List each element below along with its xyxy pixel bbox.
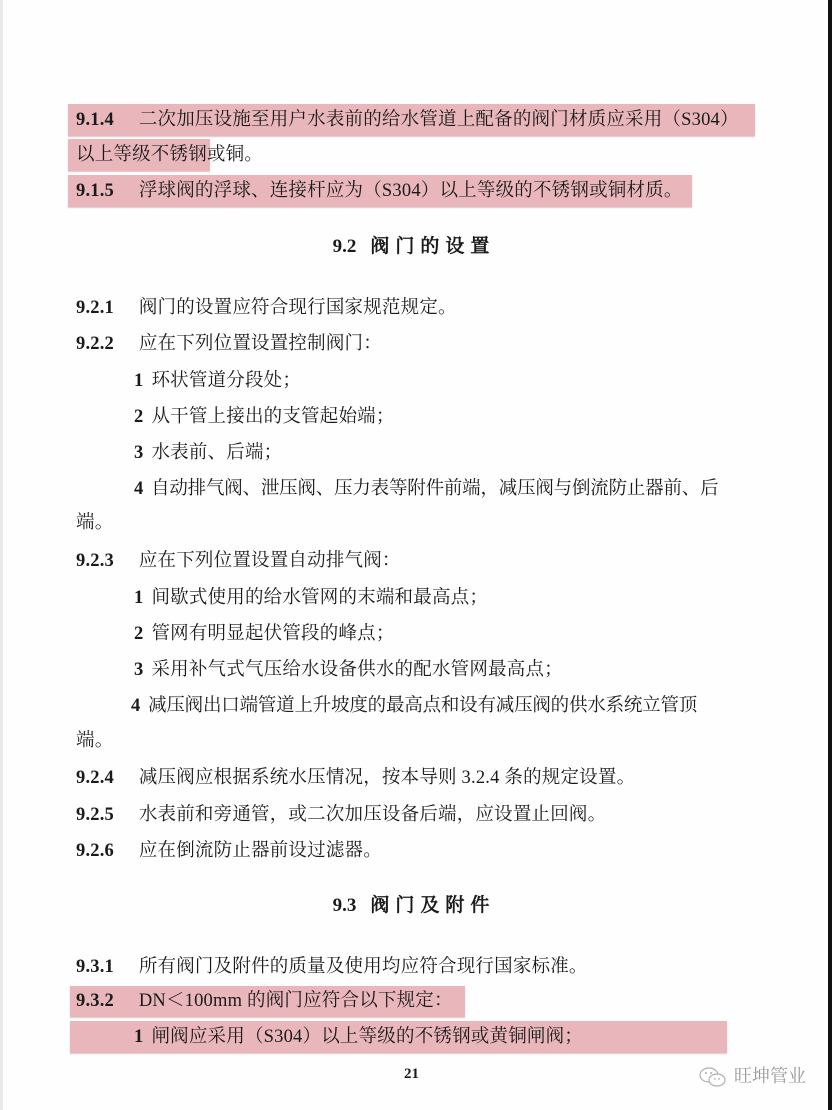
heading-title: 阀门的设置 <box>370 235 495 257</box>
clause-number: 9.2.3 <box>76 545 134 577</box>
clause-text: 浮球阀的浮球、连接杆应为（S304）以上等级的不锈钢或铜材质。 <box>139 181 683 201</box>
item-text-continuation: 端。 <box>76 731 113 751</box>
page-right-edge <box>828 0 832 1110</box>
item-number: 2 <box>134 401 143 433</box>
watermark: 旺坤管业 <box>698 1063 806 1091</box>
item-text: 从干管上接出的支管起始端； <box>151 407 394 427</box>
item-text-continuation: 端。 <box>76 513 113 533</box>
item-number: 1 <box>134 582 143 614</box>
item-number: 1 <box>134 1021 143 1053</box>
section-heading-9-3: 9.3阀门及附件 <box>0 890 828 920</box>
clause-9-2-6: 9.2.6 应在倒流防止器前设过滤器。 <box>76 835 382 867</box>
item-number: 1 <box>134 365 143 397</box>
list-item: 4自动排气阀、泄压阀、压力表等附件前端，减压阀与倒流防止器前、后 <box>134 473 718 505</box>
clause-9-2-1: 9.2.1 阀门的设置应符合现行国家规范规定。 <box>76 292 457 324</box>
clause-number: 9.3.2 <box>76 986 134 1017</box>
list-item: 2从干管上接出的支管起始端； <box>134 401 395 433</box>
clause-number: 9.2.6 <box>76 835 134 867</box>
clause-9-3-2: 9.3.2 DN＜100mm 的阀门应符合以下规定： <box>70 986 465 1017</box>
clause-9-1-4: 9.1.4 二次加压设施至用户水表前的给水管道上配备的阀门材质应采用（S304） <box>68 104 755 136</box>
list-item: 1环状管道分段处； <box>134 365 301 397</box>
heading-number: 9.3 <box>333 895 357 916</box>
item-text: 水表前、后端； <box>151 443 282 463</box>
item-text: 管网有明显起伏管段的峰点； <box>151 624 394 644</box>
clause-text: 水表前和旁通管，或二次加压设备后端，应设置止回阀。 <box>139 805 607 825</box>
heading-title: 阀门及附件 <box>370 894 495 916</box>
list-item: 1闸阀应采用（S304）以上等级的不锈钢或黄铜闸阀； <box>70 1021 727 1053</box>
item-text: 闸阀应采用（S304）以上等级的不锈钢或黄铜闸阀； <box>151 1027 583 1047</box>
clause-number: 9.1.5 <box>76 175 134 207</box>
clause-text: 阀门的设置应符合现行国家规范规定。 <box>139 298 457 318</box>
clause-9-2-5: 9.2.5 水表前和旁通管，或二次加压设备后端，应设置止回阀。 <box>76 799 606 831</box>
clause-text: 减压阀应根据系统水压情况，按本导则 3.2.4 条的规定设置。 <box>139 768 635 788</box>
item-number: 3 <box>134 654 143 686</box>
clause-text: 二次加压设施至用户水表前的给水管道上配备的阀门材质应采用（S304） <box>139 110 739 130</box>
list-item: 3水表前、后端； <box>134 437 282 469</box>
page-number: 21 <box>404 1066 419 1083</box>
clause-9-2-2: 9.2.2 应在下列位置设置控制阀门： <box>76 328 382 360</box>
clause-text: 所有阀门及附件的质量及使用均应符合现行国家标准。 <box>139 957 588 977</box>
item-number: 2 <box>134 618 143 650</box>
item-text: 自动排气阀、泄压阀、压力表等附件前端，减压阀与倒流防止器前、后 <box>151 479 718 499</box>
clause-number: 9.2.5 <box>76 799 134 831</box>
page-left-edge <box>0 0 3 1110</box>
item-text: 间歇式使用的给水管网的末端和最高点； <box>151 588 488 608</box>
wechat-icon <box>698 1066 728 1088</box>
clause-9-1-4-continuation: 以上等级不锈钢或铜。 <box>68 139 210 171</box>
clause-text: DN＜100mm 的阀门应符合以下规定： <box>139 991 453 1011</box>
item-text: 减压阀出口端管道上升坡度的最高点和设有减压阀的供水系统立管顶 <box>148 696 697 716</box>
clause-text: 应在倒流防止器前设过滤器。 <box>139 841 382 861</box>
list-item-continuation: 端。 <box>76 507 113 539</box>
clause-number: 9.2.1 <box>76 292 134 324</box>
item-text: 环状管道分段处； <box>151 371 301 391</box>
list-item: 2管网有明显起伏管段的峰点； <box>134 618 395 650</box>
document-page: 9.1.4 二次加压设施至用户水表前的给水管道上配备的阀门材质应采用（S304）… <box>0 0 828 1110</box>
clause-text: 应在下列位置设置控制阀门： <box>139 334 382 354</box>
clause-text-continuation: 以上等级不锈钢或铜。 <box>76 145 263 165</box>
clause-number: 9.2.2 <box>76 328 134 360</box>
section-heading-9-2: 9.2阀门的设置 <box>0 231 828 261</box>
list-item: 4减压阀出口端管道上升坡度的最高点和设有减压阀的供水系统立管顶 <box>131 690 697 722</box>
list-item: 1间歇式使用的给水管网的末端和最高点； <box>134 582 488 614</box>
clause-number: 9.1.4 <box>76 104 134 136</box>
clause-number: 9.3.1 <box>76 951 134 983</box>
item-number: 3 <box>134 437 143 469</box>
list-item-continuation: 端。 <box>76 725 113 757</box>
item-number: 4 <box>134 473 143 505</box>
clause-9-1-5: 9.1.5 浮球阀的浮球、连接杆应为（S304）以上等级的不锈钢或铜材质。 <box>68 175 692 207</box>
clause-9-2-4: 9.2.4 减压阀应根据系统水压情况，按本导则 3.2.4 条的规定设置。 <box>76 762 635 794</box>
clause-9-2-3: 9.2.3 应在下列位置设置自动排气阀： <box>76 545 401 577</box>
heading-number: 9.2 <box>333 236 357 257</box>
item-text: 采用补气式气压给水设备供水的配水管网最高点； <box>151 660 562 680</box>
clause-9-3-1: 9.3.1 所有阀门及附件的质量及使用均应符合现行国家标准。 <box>76 951 588 983</box>
clause-text: 应在下列位置设置自动排气阀： <box>139 551 401 571</box>
item-number: 4 <box>131 690 140 722</box>
watermark-text: 旺坤管业 <box>734 1063 806 1091</box>
list-item: 3采用补气式气压给水设备供水的配水管网最高点； <box>134 654 563 686</box>
clause-number: 9.2.4 <box>76 762 134 794</box>
